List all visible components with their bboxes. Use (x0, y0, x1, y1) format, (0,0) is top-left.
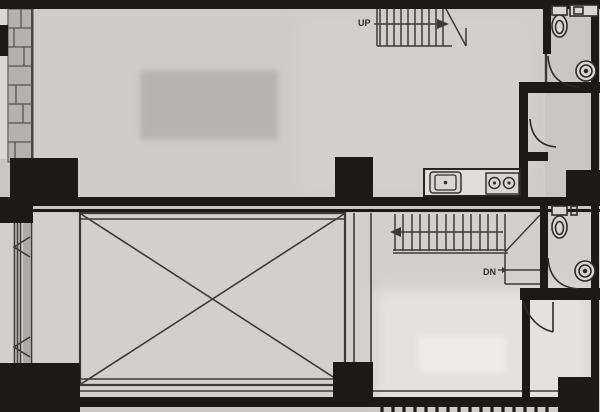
lower-bath-floor-wall (520, 288, 600, 300)
lower-bath-back-wall (540, 206, 548, 290)
upper-bath-floor-wall (519, 82, 600, 93)
up-stair-label: UP (358, 18, 371, 28)
blurred-label-lower-room (418, 337, 506, 373)
upper-bath-back-wall (543, 0, 551, 54)
bottom-wall (80, 397, 560, 407)
kitchen-sink (430, 172, 461, 193)
lower-left-corner-block (0, 197, 33, 223)
kitchen-nook-stub-wall (519, 152, 548, 161)
center-pier-upper (335, 157, 373, 198)
round-basin-icon (575, 261, 595, 281)
brick-strip-edge (31, 9, 34, 162)
brick-exterior-wall (8, 9, 34, 162)
blurred-label-upper-room (140, 70, 278, 140)
dn-stair-label: DN (483, 267, 496, 277)
mid-dividing-wall (0, 197, 600, 206)
kitchen-stove (486, 173, 519, 194)
toilet-icon (552, 206, 567, 238)
mid-dividing-line (0, 209, 600, 212)
bottom-right-block (558, 377, 599, 412)
toilet-icon (552, 6, 567, 37)
center-pier-lower (333, 362, 373, 403)
left-pier-upper (10, 158, 78, 197)
kitchen-counter (424, 169, 520, 196)
floor-plan-canvas: UP DN (0, 0, 600, 412)
upper-right-dark-block (566, 170, 600, 200)
top-wall (0, 0, 600, 9)
lower-left-bottom-block (0, 363, 80, 412)
vanity-counter (570, 5, 598, 16)
window-mullion-strip (23, 223, 30, 363)
left-wall-notch (0, 25, 8, 56)
floor-plan-screenshot: UP DN (0, 0, 600, 412)
round-basin-icon (576, 61, 596, 81)
